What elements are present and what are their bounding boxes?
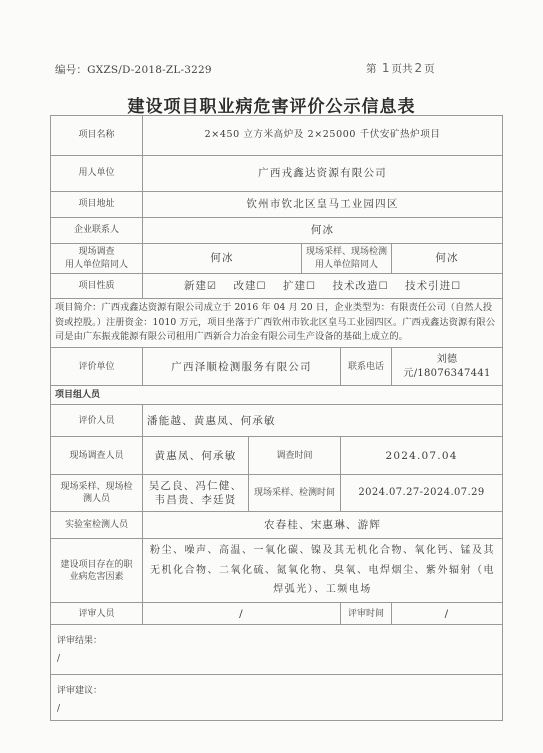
nature-option-expand[interactable]: 扩建☐ <box>283 279 316 294</box>
row-evaluators: 评价人员 潘能越、黄惠凤、何承敏 <box>51 405 503 437</box>
sampling-staff-value: 吴乙良、冯仁健、 韦昌贵、李廷贤 <box>143 475 249 512</box>
employer-label: 用人单位 <box>51 156 143 192</box>
evaluators-label: 评价人员 <box>51 405 143 437</box>
team-section-heading: 项目组人员 <box>51 386 503 405</box>
sampling-escort-value: 何冰 <box>392 244 503 274</box>
sampling-staff-line1: 吴乙良、冯仁健、 <box>147 479 244 493</box>
checkbox-empty-icon[interactable]: ☐ <box>257 281 267 292</box>
address-label: 项目地址 <box>51 192 143 218</box>
project-name-value: 2×450 立方米高炉及 2×25000 千伏安矿热炉项目 <box>143 116 503 156</box>
option-label: 技术引进 <box>405 280 451 292</box>
eval-unit-value: 广西泽顺检测服务有限公司 <box>143 348 341 386</box>
option-label: 新建 <box>184 280 207 292</box>
row-intro: 项目简介：广西戎鑫达资源有限公司成立于 2016 年 04 月 20 日，企业类… <box>51 299 503 348</box>
nature-option-tech-import[interactable]: 技术引进☐ <box>405 279 461 294</box>
option-label: 改建 <box>234 280 257 292</box>
row-reviewer: 评审人员 / 评审时间 / <box>51 603 503 625</box>
sampling-staff-label: 现场采样、现场检 测人员 <box>51 475 143 512</box>
survey-escort-label-line1: 现场调查 <box>55 246 138 258</box>
row-review-advice: 评审建议： / <box>51 675 503 721</box>
review-advice-value: / <box>57 700 496 718</box>
survey-escort-label: 现场调查 用人单位陪同人 <box>51 244 143 274</box>
evaluators-value: 潘能越、黄惠凤、何承敏 <box>143 405 503 437</box>
page-indicator: 第 1页共2页 <box>366 61 435 76</box>
sampling-staff-label-line2: 测人员 <box>55 493 138 505</box>
page-total: 2 <box>414 61 422 75</box>
sampling-staff-line2: 韦昌贵、李廷贤 <box>147 493 244 507</box>
sampling-staff-label-line1: 现场采样、现场检 <box>55 481 138 493</box>
row-hazards: 建设项目存在的职 业病危害因素 粉尘、噪声、高温、一氧化碳、镍及其无机化合物、氧… <box>51 539 503 603</box>
review-time-label: 评审时间 <box>341 603 392 625</box>
nature-option-new[interactable]: 新建☑ <box>184 279 217 294</box>
page-current: 1 <box>382 61 390 75</box>
nature-options: 新建☑ 改建☐ 扩建☐ 技术改造☐ 技术引进☐ <box>143 274 503 299</box>
review-advice: 评审建议： / <box>51 675 503 721</box>
row-employer: 用人单位 广西戎鑫达资源有限公司 <box>51 156 503 192</box>
hazards-label: 建设项目存在的职 业病危害因素 <box>51 539 143 603</box>
sampling-time-label: 现场采样、检测时间 <box>249 475 341 512</box>
page-prefix: 第 <box>366 63 377 75</box>
project-name-label: 项目名称 <box>51 116 143 156</box>
survey-staff-label: 现场调查人员 <box>51 437 143 475</box>
hazards-label-line1: 建设项目存在的职 <box>55 559 138 571</box>
review-time-value: / <box>392 603 503 625</box>
nature-option-rebuild[interactable]: 改建☐ <box>234 279 267 294</box>
checkbox-empty-icon[interactable]: ☐ <box>306 281 316 292</box>
review-advice-label: 评审建议： <box>57 682 496 700</box>
phone-label: 联系电话 <box>341 348 392 386</box>
checkbox-empty-icon[interactable]: ☐ <box>451 281 461 292</box>
info-table: 项目名称 2×450 立方米高炉及 2×25000 千伏安矿热炉项目 用人单位 … <box>50 115 503 721</box>
project-intro: 项目简介：广西戎鑫达资源有限公司成立于 2016 年 04 月 20 日，企业类… <box>51 299 503 348</box>
eval-unit-label: 评价单位 <box>51 348 143 386</box>
page-mid: 页共 <box>391 63 412 75</box>
option-label: 技术改造 <box>333 280 379 292</box>
doc-number-value: GXZS/D-2018-ZL-3229 <box>87 64 212 76</box>
row-survey: 现场调查人员 黄惠凤、何承敏 调查时间 2024.07.04 <box>51 437 503 475</box>
hazards-value: 粉尘、噪声、高温、一氧化碳、镍及其无机化合物、氧化钙、锰及其无机化合物、二氧化硫… <box>143 539 503 603</box>
survey-time-label: 调查时间 <box>249 437 341 475</box>
sampling-time-value: 2024.07.27-2024.07.29 <box>341 475 503 512</box>
lab-staff-value: 农春桂、宋惠琳、游辉 <box>143 512 503 539</box>
address-value: 钦州市钦北区皇马工业园四区 <box>143 192 503 218</box>
survey-staff-value: 黄惠凤、何承敏 <box>143 437 249 475</box>
sampling-escort-label: 现场采样、现场检测 用人单位陪同人 <box>302 244 392 274</box>
row-escorts: 现场调查 用人单位陪同人 何冰 现场采样、现场检测 用人单位陪同人 何冰 <box>51 244 503 274</box>
row-project-name: 项目名称 2×450 立方米高炉及 2×25000 千伏安矿热炉项目 <box>51 116 503 156</box>
review-result-label: 评审结果： <box>57 632 496 650</box>
row-nature: 项目性质 新建☑ 改建☐ 扩建☐ 技术改造☐ 技术引进☐ <box>51 274 503 299</box>
checkbox-checked-icon[interactable]: ☑ <box>207 281 217 292</box>
row-sampling: 现场采样、现场检 测人员 吴乙良、冯仁健、 韦昌贵、李廷贤 现场采样、检测时间 … <box>51 475 503 512</box>
lab-staff-label: 实验室检测人员 <box>51 512 143 539</box>
employer-value: 广西戎鑫达资源有限公司 <box>143 156 503 192</box>
row-evaluator: 评价单位 广西泽顺检测服务有限公司 联系电话 刘德元/18076347441 <box>51 348 503 386</box>
review-result-value: / <box>57 650 496 668</box>
reviewer-label: 评审人员 <box>51 603 143 625</box>
checkbox-empty-icon[interactable]: ☐ <box>379 281 389 292</box>
hazards-label-line2: 业病危害因素 <box>55 571 138 583</box>
row-team-header: 项目组人员 <box>51 386 503 405</box>
phone-value: 刘德元/18076347441 <box>392 348 503 386</box>
sampling-escort-label-line1: 现场采样、现场检测 <box>306 246 387 258</box>
reviewer-value: / <box>143 603 341 625</box>
contact-label: 企业联系人 <box>51 218 143 244</box>
survey-escort-value: 何冰 <box>143 244 302 274</box>
row-address: 项目地址 钦州市钦北区皇马工业园四区 <box>51 192 503 218</box>
row-contact: 企业联系人 何冰 <box>51 218 503 244</box>
row-lab: 实验室检测人员 农春桂、宋惠琳、游辉 <box>51 512 503 539</box>
contact-value: 何冰 <box>143 218 503 244</box>
document-title: 建设项目职业病危害评价公示信息表 <box>0 92 543 117</box>
survey-time-value: 2024.07.04 <box>341 437 503 475</box>
survey-escort-label-line2: 用人单位陪同人 <box>55 259 138 271</box>
row-review-result: 评审结果： / <box>51 625 503 675</box>
nature-option-tech-upgrade[interactable]: 技术改造☐ <box>333 279 389 294</box>
review-result: 评审结果： / <box>51 625 503 675</box>
doc-number: 编号：GXZS/D-2018-ZL-3229 <box>55 62 212 77</box>
page-suffix: 页 <box>424 63 435 75</box>
nature-label: 项目性质 <box>51 274 143 299</box>
doc-number-label: 编号： <box>55 64 87 76</box>
sampling-escort-label-line2: 用人单位陪同人 <box>306 259 387 271</box>
option-label: 扩建 <box>283 280 306 292</box>
